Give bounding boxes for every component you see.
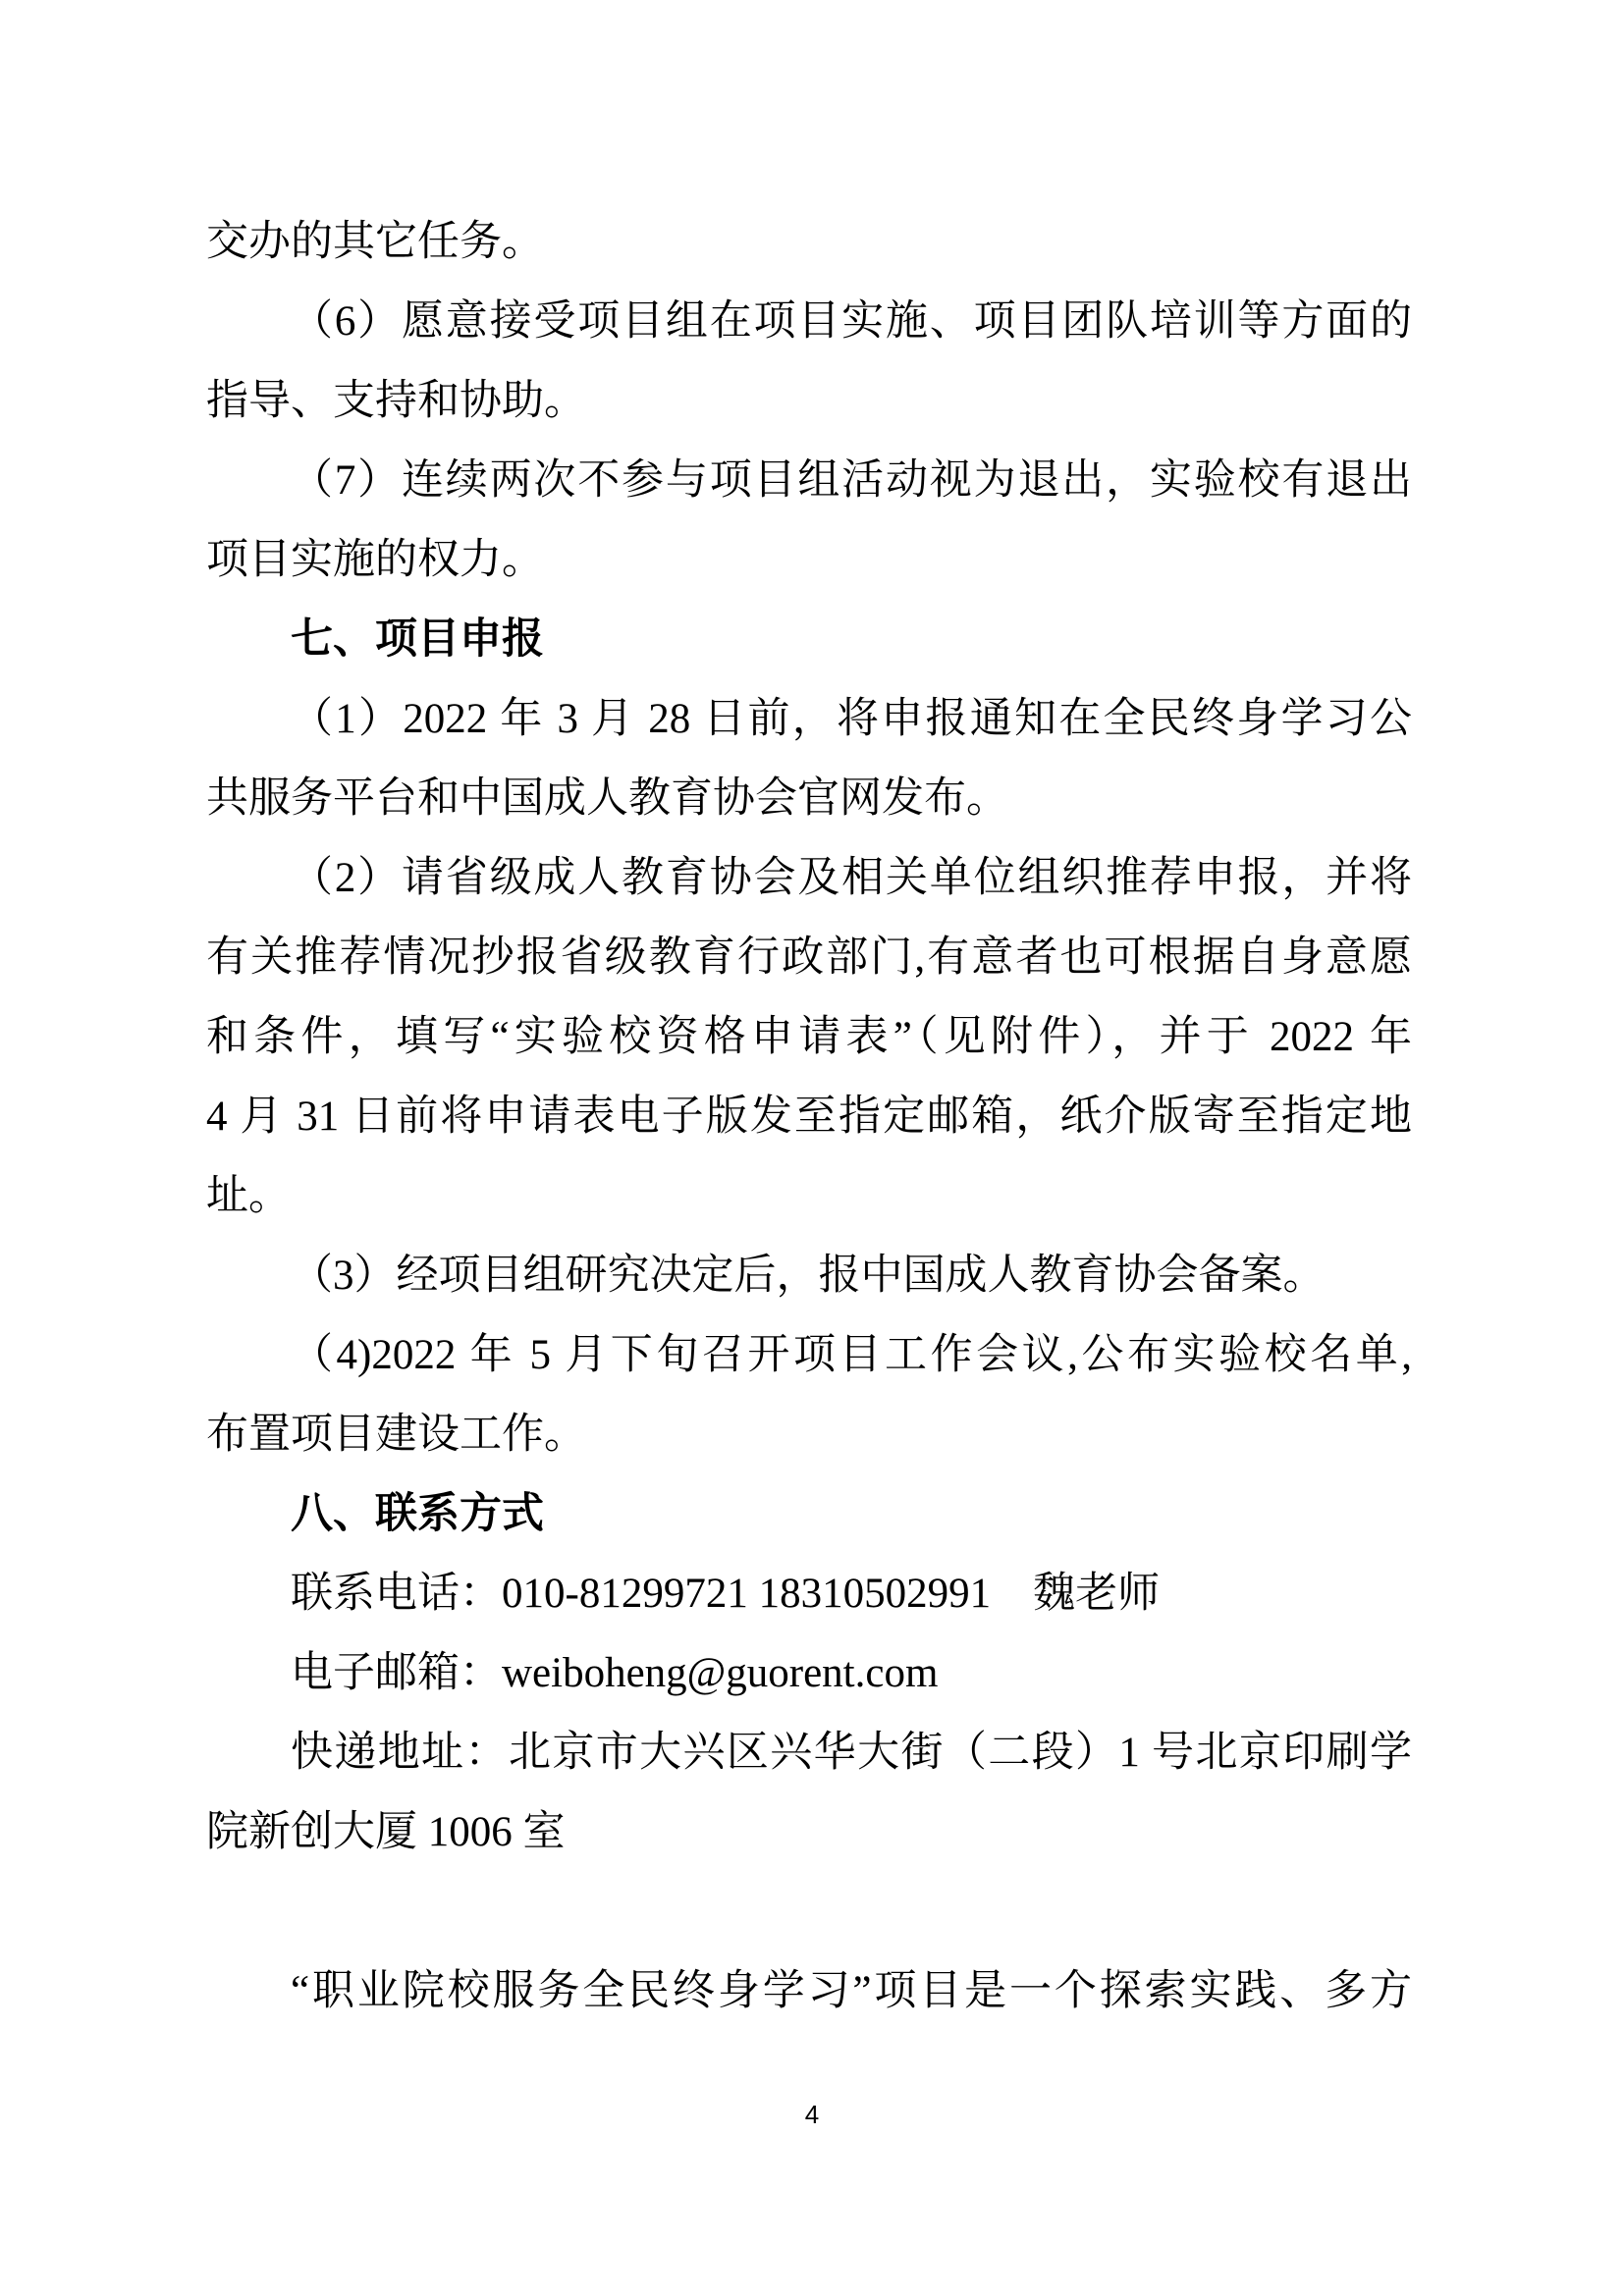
text-line: 项目实施的权力。 (206, 520, 1412, 600)
blank-line (206, 1872, 1412, 1951)
text-line: 交办的其它任务。 (206, 202, 1412, 282)
section-heading: 八、联系方式 (206, 1474, 1412, 1554)
section-heading: 七、项目申报 (206, 600, 1412, 679)
text-line: 和条件，填写“实验校资格申请表”（见附件），并于 2022 年 (206, 997, 1412, 1077)
text-line: （6）愿意接受项目组在项目实施、项目团队培训等方面的 (206, 282, 1412, 361)
text-line: （3）经项目组研究决定后，报中国成人教育协会备案。 (206, 1236, 1412, 1315)
text-line: 联系电话：010-81299721 18310502991 魏老师 (206, 1554, 1412, 1633)
text-line: “职业院校服务全民终身学习”项目是一个探索实践、多方 (206, 1951, 1412, 2031)
text-line: （4)2022 年 5 月下旬召开项目工作会议,公布实验校名单, (206, 1315, 1412, 1395)
text-line: 指导、支持和协助。 (206, 361, 1412, 441)
text-line: 布置项目建设工作。 (206, 1395, 1412, 1474)
document-body: 交办的其它任务。（6）愿意接受项目组在项目实施、项目团队培训等方面的指导、支持和… (206, 202, 1412, 2031)
text-line: 址。 (206, 1156, 1412, 1236)
text-line: 院新创大厦 1006 室 (206, 1792, 1412, 1872)
text-line: （1）2022 年 3 月 28 日前，将申报通知在全民终身学习公 (206, 679, 1412, 759)
text-line: 快递地址：北京市大兴区兴华大街（二段）1 号北京印刷学 (206, 1713, 1412, 1792)
text-line: （7）连续两次不参与项目组活动视为退出，实验校有退出 (206, 441, 1412, 520)
document-page: 交办的其它任务。（6）愿意接受项目组在项目实施、项目团队培训等方面的指导、支持和… (0, 0, 1624, 2296)
text-line: 有关推荐情况抄报省级教育行政部门,有意者也可根据自身意愿 (206, 918, 1412, 997)
text-line: （2）请省级成人教育协会及相关单位组织推荐申报，并将 (206, 838, 1412, 918)
page-number: 4 (0, 2099, 1624, 2130)
text-line: 共服务平台和中国成人教育协会官网发布。 (206, 759, 1412, 838)
text-line: 电子邮箱：weiboheng@guorent.com (206, 1633, 1412, 1713)
text-line: 4 月 31 日前将申请表电子版发至指定邮箱，纸介版寄至指定地 (206, 1077, 1412, 1156)
